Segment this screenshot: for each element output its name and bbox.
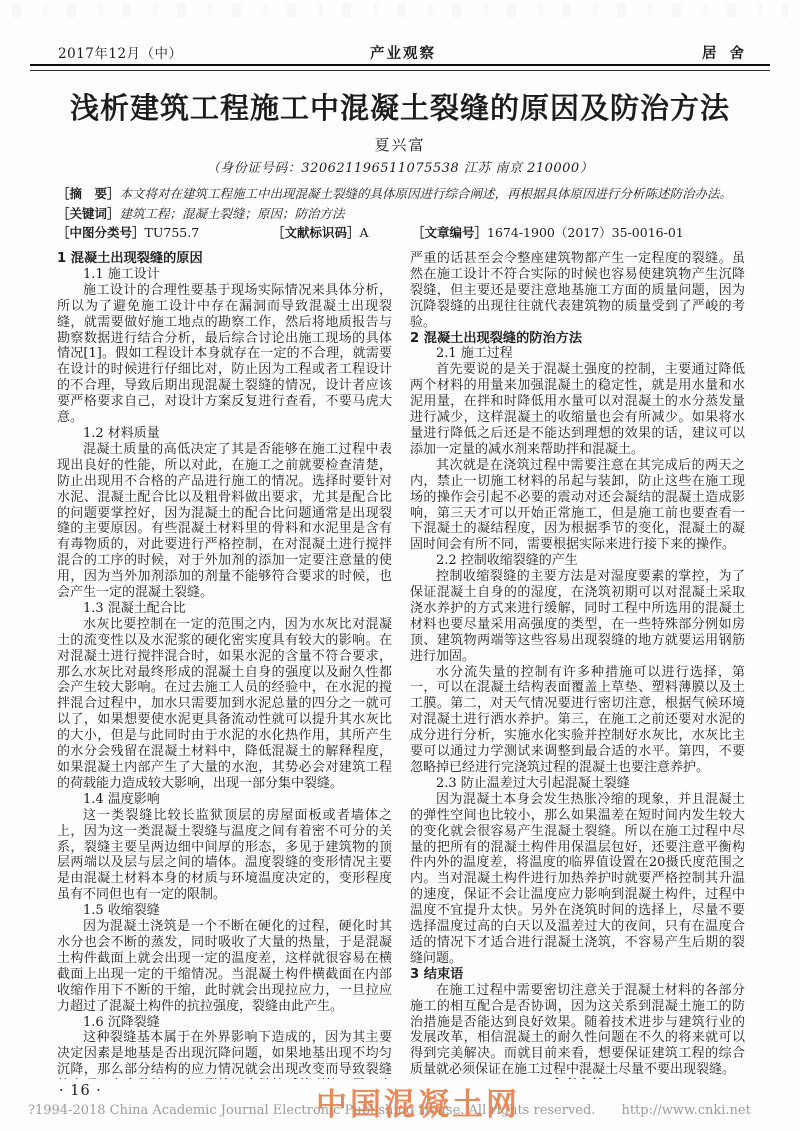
article-no-value: 1674-1900（2017）35-0016-01 bbox=[487, 225, 684, 240]
paragraph: 混凝土质量的高低决定了其是否能够在施工过程中表现出良好的性能，所以对此，在施工之… bbox=[57, 442, 392, 601]
site-watermark: 中国混凝土网 bbox=[316, 1079, 520, 1124]
keywords-row: ［关键词］建筑工程；混凝土裂缝；原因；防治方法 bbox=[57, 204, 748, 224]
subsection-heading: 2.2 控制收缩裂缝的产生 bbox=[410, 553, 745, 569]
doc-code-pair: ［文献标识码］A bbox=[272, 223, 412, 243]
header-journal-name: 居 舍 bbox=[518, 42, 748, 63]
author-id-line: （身份证号码：320621196511075538 江苏 南京 210000） bbox=[0, 157, 800, 176]
subsection-heading: 1.2 材料质量 bbox=[57, 426, 392, 442]
header-section-name: 产业观察 bbox=[288, 42, 518, 63]
subsection-heading: 2.3 防止温差过大引起混凝土裂缝 bbox=[410, 776, 745, 792]
paragraph: 在施工过程中需要密切注意关于混凝土材料的各部分施工的相互配合是否协调，因为这关系… bbox=[410, 983, 745, 1078]
left-column: 1 混凝土出现裂缝的原因1.1 施工设计施工设计的合理性要基于现场实际情况来具体… bbox=[57, 251, 392, 1079]
subsection-heading: 1.6 沉降裂缝 bbox=[57, 1015, 392, 1031]
article-no-label: ［文章编号］ bbox=[412, 225, 487, 240]
paragraph: 因为混凝土本身会发生热胀冷缩的现象，并且混凝土的弹性空间也比较小，那么如果温差在… bbox=[410, 792, 745, 967]
section-heading: 3 结束语 bbox=[410, 967, 745, 983]
subsection-heading: 2.1 施工过程 bbox=[410, 346, 745, 362]
author-name: 夏兴富 bbox=[0, 134, 800, 155]
abstract-label: ［摘 要］ bbox=[57, 186, 120, 201]
paragraph: 因为混凝土浇筑是一个不断在硬化的过程，硬化时其水分也会不断的蒸发，同时吸收了大量… bbox=[57, 919, 392, 1014]
doc-code-label: ［文献标识码］ bbox=[272, 225, 360, 240]
classification-row: ［中图分类号］TU755.7 ［文献标识码］A ［文章编号］1674-1900（… bbox=[57, 223, 748, 243]
abstract-row: ［摘 要］本文将对在建筑工程施工中出现混凝土裂缝的具体原因进行综合阐述，再根据具… bbox=[57, 184, 748, 204]
continuation-paragraph: 严重的话甚至会令整座建筑物都产生一定程度的裂缝。虽然在施工设计不符合实际的时候也… bbox=[410, 251, 745, 331]
journal-page: 2017年12月（中） 产业观察 居 舍 浅析建筑工程施工中混凝土裂缝的原因及防… bbox=[0, 0, 800, 1131]
article-body: 1 混凝土出现裂缝的原因1.1 施工设计施工设计的合理性要基于现场实际情况来具体… bbox=[57, 251, 745, 1079]
article-no-pair: ［文章编号］1674-1900（2017）35-0016-01 bbox=[412, 223, 748, 243]
paragraph: 这种裂缝基本属于在外界影响下造成的，因为其主要决定因素是地基是否出现沉降问题，如… bbox=[57, 1030, 392, 1079]
header-double-rule bbox=[30, 64, 770, 71]
keywords-text: 建筑工程；混凝土裂缝；原因；防治方法 bbox=[120, 206, 345, 221]
page-number: · 16 · bbox=[59, 1083, 102, 1099]
subsection-heading: 1.3 混凝土配合比 bbox=[57, 601, 392, 617]
abstract-text: 本文将对在建筑工程施工中出现混凝土裂缝的具体原因进行综合阐述，再根据具体原因进行… bbox=[120, 186, 733, 201]
clc-label: ［中图分类号］ bbox=[57, 225, 145, 240]
paper-title: 浅析建筑工程施工中混凝土裂缝的原因及防治方法 bbox=[40, 86, 760, 127]
subsection-heading: 1.4 温度影响 bbox=[57, 792, 392, 808]
paragraph: 水分流失量的控制有许多种措施可以进行选择，第一，可以在混凝土结构表面覆盖上草垫、… bbox=[410, 665, 745, 776]
paragraph: 水灰比要控制在一定的范围之内，因为水灰比对混凝土的流变性以及水泥浆的硬化密实度具… bbox=[57, 617, 392, 792]
header-issue-date: 2017年12月（中） bbox=[58, 42, 288, 62]
paragraph: 首先要说的是关于混凝土强度的控制，主要通过降低两个材料的用量来加强混凝土的稳定性… bbox=[410, 362, 745, 457]
right-column: 严重的话甚至会令整座建筑物都产生一定程度的裂缝。虽然在施工设计不符合实际的时候也… bbox=[410, 251, 745, 1079]
subsection-heading: 1.5 收缩裂缝 bbox=[57, 903, 392, 919]
scan-artifacts bbox=[12, 3, 788, 17]
subsection-heading: 1.1 施工设计 bbox=[57, 267, 392, 283]
section-heading: 2 混凝土出现裂缝的防治方法 bbox=[410, 331, 745, 347]
clc-value: TU755.7 bbox=[145, 225, 200, 240]
meta-block: ［摘 要］本文将对在建筑工程施工中出现混凝土裂缝的具体原因进行综合阐述，再根据具… bbox=[57, 184, 748, 243]
clc-pair: ［中图分类号］TU755.7 bbox=[57, 223, 272, 243]
paragraph: 控制收缩裂缝的主要方法是对湿度要素的掌控，为了保证混凝土自身的的湿度，在浇筑初期… bbox=[410, 569, 745, 664]
keywords-label: ［关键词］ bbox=[57, 206, 120, 221]
page-header: 2017年12月（中） 产业观察 居 舍 bbox=[58, 42, 748, 63]
paragraph: 这一类裂缝比较长监狱顶层的房屋面板或者墙体之上，因为这一类混凝土裂缝与温度之间有… bbox=[57, 808, 392, 903]
paragraph: 其次就是在浇筑过程中需要注意在其完成后的两天之内，禁止一切施工材料的吊起与装卸，… bbox=[410, 458, 745, 553]
doc-code-value: A bbox=[360, 225, 369, 240]
paragraph: 施工设计的合理性要基于现场实际情况来具体分析，所以为了避免施工设计中存在漏洞而导… bbox=[57, 283, 392, 426]
section-heading: 1 混凝土出现裂缝的原因 bbox=[57, 251, 392, 267]
